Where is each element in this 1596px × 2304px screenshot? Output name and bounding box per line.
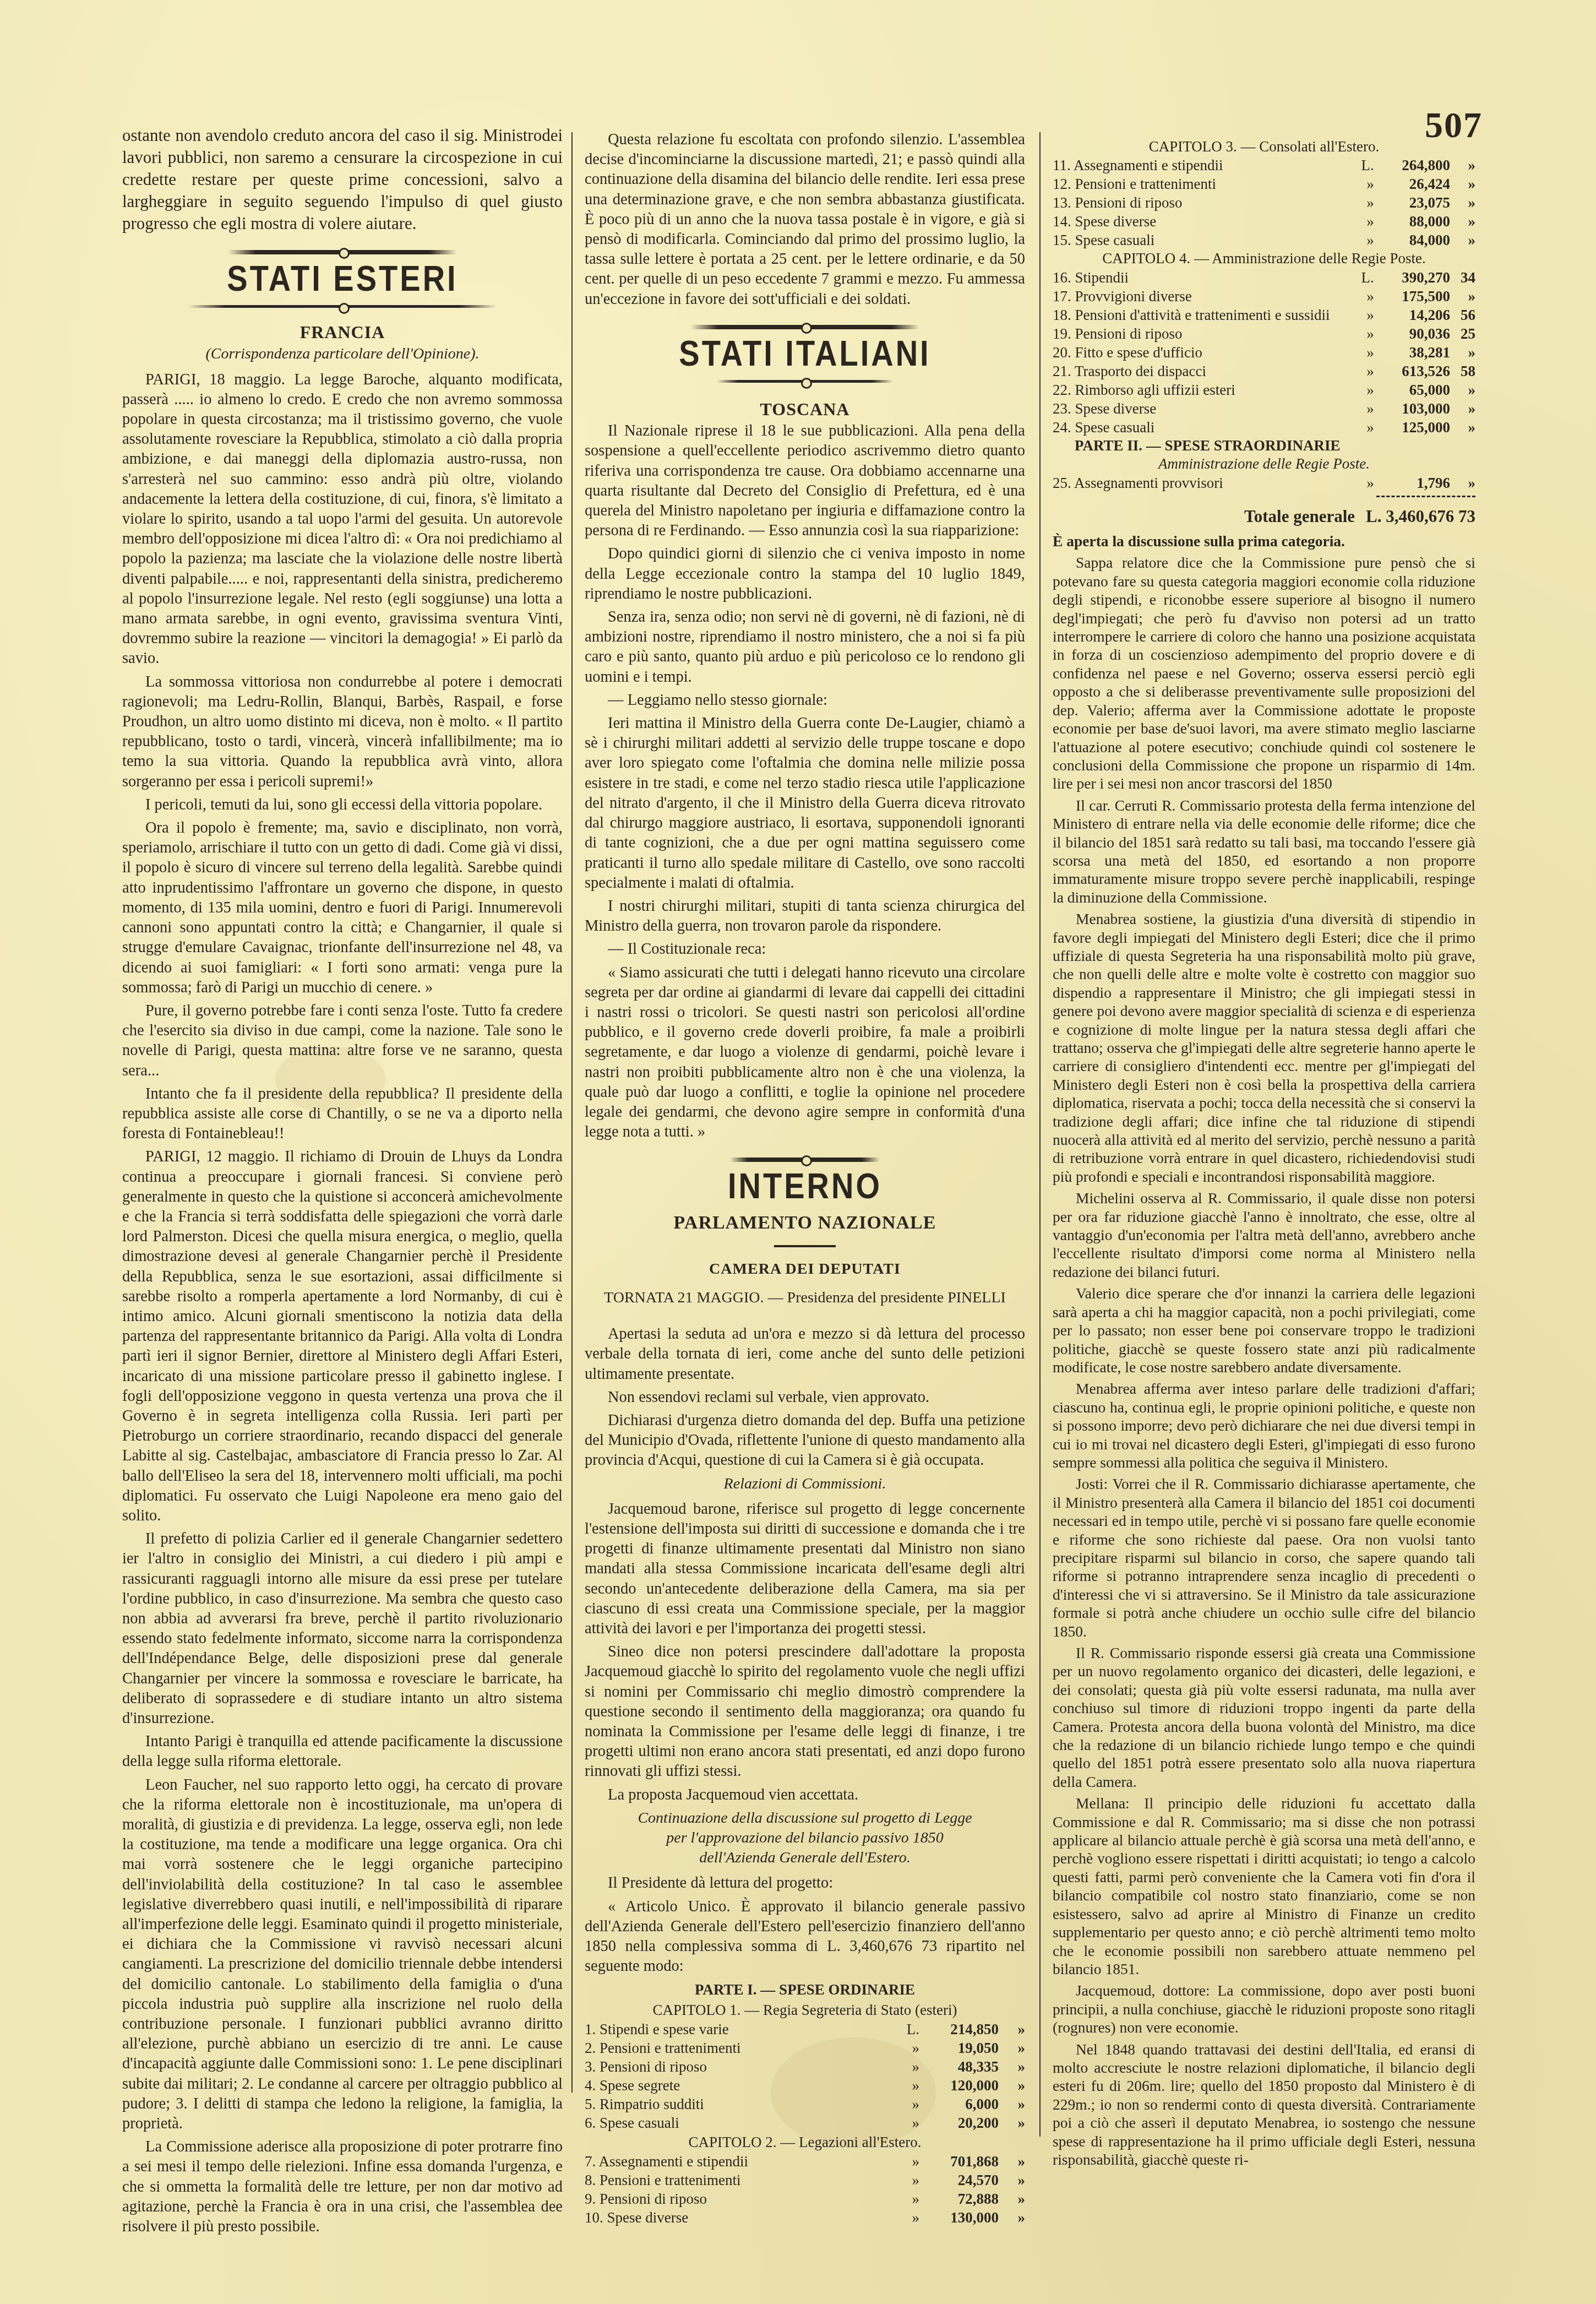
article-paragraph: Dichiarasi d'urgenza dietro domanda del … [585, 1411, 1025, 1471]
country-heading: FRANCIA [122, 322, 563, 342]
article-paragraph: « Articolo Unico. È approvato il bilanci… [585, 1897, 1025, 1977]
budget-cents: » [999, 2171, 1025, 2189]
column-1: ostante non avendolo creduto ancora del … [122, 124, 563, 2240]
budget-item-label: 25. Assegnamenti provvisori [1053, 474, 1349, 492]
budget-item-label: 16. Stipendii [1053, 268, 1349, 287]
budget-item-label: 1. Stipendi e spese varie [585, 2020, 893, 2039]
budget-row: 18. Pensioni d'attività e trattenimenti … [1053, 306, 1475, 324]
budget-currency: » [893, 2208, 919, 2227]
budget-cents: 25 [1450, 324, 1475, 343]
budget-amount: 48,335 [919, 2057, 999, 2076]
budget-amount: 26,424 [1374, 175, 1450, 193]
budget-chapter-heading: CAPITOLO 4. — Amministrazione delle Regi… [1053, 249, 1475, 268]
budget-chapter-heading: CAPITOLO 3. — Consolati all'Estero. [1053, 138, 1475, 156]
article-paragraph: Intanto Parigi è tranquilla ed attende p… [122, 1732, 563, 1772]
budget-row: 5. Rimpatrio sudditi»6,000» [585, 2095, 1025, 2113]
article-paragraph: Valerio dice sperare che d'or innanzi la… [1053, 1284, 1475, 1376]
budget-currency: » [1349, 362, 1374, 381]
budget-part-heading: PARTE II. — SPESE STRAORDINARIE [1053, 437, 1475, 455]
continuation-heading: dell'Azienda Generale dell'Estero. [585, 1848, 1025, 1868]
budget-amount: 65,000 [1374, 381, 1450, 399]
budget-cents: » [999, 2076, 1025, 2095]
budget-currency: » [893, 2171, 919, 2189]
budget-amount: 613,526 [1374, 362, 1450, 381]
continuation-heading: per l'approvazione del bilancio passivo … [585, 1828, 1025, 1848]
budget-amount: 14,206 [1374, 306, 1450, 324]
budget-table-chapter-1: 1. Stipendi e spese varieL.214,850»2. Pe… [585, 2020, 1025, 2132]
budget-row: 21. Trasporto dei dispacci»613,52658 [1053, 362, 1475, 381]
budget-amount: 72,888 [919, 2189, 999, 2208]
budget-item-label: 12. Pensioni e trattenimenti [1053, 175, 1349, 193]
budget-cents: » [999, 2039, 1025, 2057]
budget-currency: » [1349, 381, 1374, 399]
budget-row: 15. Spese casuali»84,000» [1053, 231, 1475, 249]
budget-amount: 88,000 [1374, 212, 1450, 231]
budget-cents: » [1450, 343, 1475, 362]
budget-currency: L. [1349, 156, 1374, 175]
budget-cents: » [1450, 193, 1475, 212]
total-label: Totale generale [1244, 507, 1355, 525]
budget-cents: » [999, 2113, 1025, 2132]
budget-amount: 84,000 [1374, 231, 1450, 249]
budget-amount: 130,000 [919, 2208, 999, 2227]
budget-row: 12. Pensioni e trattenimenti»26,424» [1053, 175, 1475, 193]
budget-row: 14. Spese diverse»88,000» [1053, 212, 1475, 231]
article-paragraph: È aperta la discussione sulla prima cate… [1053, 532, 1475, 550]
budget-amount: 264,800 [1374, 156, 1450, 175]
article-paragraph: La proposta Jacquemoud vien accettata. [585, 1785, 1025, 1805]
budget-currency: » [1349, 306, 1374, 324]
column-rule [571, 132, 573, 2093]
article-paragraph: Jacquemoud, dottore: La commissione, dop… [1053, 1981, 1475, 2036]
budget-row: 19. Pensioni di riposo»90,03625 [1053, 324, 1475, 343]
article-paragraph: Josti: Vorrei che il R. Commissario dich… [1053, 1475, 1475, 1640]
budget-amount: 390,270 [1374, 268, 1450, 287]
continuation-heading: Continuazione della discussione sul prog… [585, 1808, 1025, 1828]
article-paragraph: Sappa relatore dice che la Commissione p… [1053, 553, 1475, 792]
budget-currency: » [893, 2076, 919, 2095]
short-divider [774, 1245, 836, 1247]
budget-row: 24. Spese casuali»125,000» [1053, 418, 1475, 437]
budget-currency: » [1349, 212, 1374, 231]
budget-table-chapter-2: 7. Assegnamenti e stipendii»701,868»8. P… [585, 2152, 1025, 2227]
budget-currency: » [1349, 324, 1374, 343]
section-title: STATI ITALIANI [585, 342, 1025, 365]
budget-currency: » [1349, 193, 1374, 212]
budget-item-label: 13. Pensioni di riposo [1053, 193, 1349, 212]
ornament-divider [717, 380, 893, 383]
budget-item-label: 15. Spese casuali [1053, 231, 1349, 249]
budget-item-label: 20. Fitto e spese d'ufficio [1053, 343, 1349, 362]
article-paragraph: Michelini osserva al R. Commissario, il … [1053, 1189, 1475, 1281]
grand-total: Totale generale L. 3,460,676 73 [1053, 507, 1475, 525]
budget-row: 22. Rimborso agli uffizii esteri»65,000» [1053, 381, 1475, 399]
article-paragraph: La sommossa vittoriosa non condurrebbe a… [122, 672, 563, 792]
budget-amount: 1,796 [1374, 474, 1450, 492]
budget-currency: » [1349, 287, 1374, 306]
budget-cents: » [999, 2057, 1025, 2076]
ornament-divider [730, 1158, 880, 1162]
budget-item-label: 19. Pensioni di riposo [1053, 324, 1349, 343]
budget-item-label: 11. Assegnamenti e stipendii [1053, 156, 1349, 175]
budget-currency: » [1349, 343, 1374, 362]
region-heading: TOSCANA [585, 399, 1025, 419]
article-paragraph: Il R. Commissario risponde essersi già c… [1053, 1644, 1475, 1791]
budget-row: 8. Pensioni e trattenimenti»24,570» [585, 2171, 1025, 2189]
budget-currency: » [1349, 175, 1374, 193]
article-paragraph: — Il Costituzionale reca: [585, 939, 1025, 959]
budget-cents: » [1450, 231, 1475, 249]
budget-item-label: 17. Provvigioni diverse [1053, 287, 1349, 306]
budget-amount: 701,868 [919, 2152, 999, 2171]
budget-cents: » [999, 2208, 1025, 2227]
budget-currency: » [1349, 399, 1374, 418]
budget-cents: » [1450, 287, 1475, 306]
budget-item-label: 5. Rimpatrio sudditi [585, 2095, 893, 2113]
budget-amount: 24,570 [919, 2171, 999, 2189]
budget-row: 4. Spese segrete»120,000» [585, 2076, 1025, 2095]
budget-amount: 120,000 [919, 2076, 999, 2095]
budget-cents: » [1450, 156, 1475, 175]
article-paragraph: Menabrea afferma aver inteso parlare del… [1053, 1379, 1475, 1471]
budget-row: 17. Provvigioni diverse»175,500» [1053, 287, 1475, 306]
budget-currency: » [893, 2189, 919, 2208]
budget-item-label: 10. Spese diverse [585, 2208, 893, 2227]
subsection-heading: Relazioni di Commissioni. [585, 1474, 1025, 1494]
article-paragraph: Il car. Cerruti R. Commissario protesta … [1053, 796, 1475, 906]
article-paragraph: Il Nazionale riprese il 18 le sue pubbli… [585, 421, 1025, 541]
budget-item-label: 6. Spese casuali [585, 2113, 893, 2132]
article-paragraph: Jacquemoud barone, riferisce sul progett… [585, 1499, 1025, 1639]
budget-item-label: 14. Spese diverse [1053, 212, 1349, 231]
budget-row: 11. Assegnamenti e stipendiiL.264,800» [1053, 156, 1475, 175]
budget-amount: 103,000 [1374, 399, 1450, 418]
budget-amount: 23,075 [1374, 193, 1450, 212]
budget-item-label: 21. Trasporto dei dispacci [1053, 362, 1349, 381]
article-paragraph: Dopo quindici giorni di silenzio che ci … [585, 544, 1025, 604]
budget-currency: L. [1349, 268, 1374, 287]
budget-cents: » [1450, 175, 1475, 193]
newspaper-page: 507 ostante non avendolo creduto ancora … [0, 0, 1596, 2304]
budget-item-label: 7. Assegnamenti e stipendii [585, 2152, 893, 2171]
article-paragraph: La Commissione aderisce alla proposizion… [122, 2137, 563, 2237]
budget-cents: 34 [1450, 268, 1475, 287]
budget-currency: L. [893, 2020, 919, 2039]
budget-chapter-heading: Amministrazione delle Regie Poste. [1053, 455, 1475, 473]
budget-item-label: 24. Spese casuali [1053, 418, 1349, 437]
budget-amount: 6,000 [919, 2095, 999, 2113]
correspondence-note: (Corrispondenza particolare dell'Opinion… [122, 344, 563, 364]
budget-cents: » [1450, 212, 1475, 231]
column-rule [1039, 132, 1041, 2137]
budget-item-label: 8. Pensioni e trattenimenti [585, 2171, 893, 2189]
section-title: INTERNO [585, 1175, 1025, 1198]
budget-cents: » [1450, 418, 1475, 437]
budget-currency: » [1349, 474, 1374, 492]
article-paragraph: Pure, il governo potrebbe fare i conti s… [122, 1001, 563, 1081]
article-paragraph: — Leggiamo nello stesso giornale: [585, 691, 1025, 710]
article-paragraph: Leon Faucher, nel suo rapporto letto ogg… [122, 1775, 563, 2134]
article-paragraph: I pericoli, temuti da lui, sono gli ecce… [122, 795, 563, 815]
article-paragraph: Senza ira, senza odio; non servi nè di g… [585, 607, 1025, 687]
budget-item-label: 18. Pensioni d'attività e trattenimenti … [1053, 306, 1349, 324]
budget-cents: » [999, 2020, 1025, 2039]
budget-row: 20. Fitto e spese d'ufficio»38,281» [1053, 343, 1475, 362]
article-paragraph: I nostri chirurghi militari, stupiti di … [585, 896, 1025, 936]
budget-amount: 175,500 [1374, 287, 1450, 306]
article-paragraph: Non essendovi reclami sul verbale, vien … [585, 1388, 1025, 1408]
budget-item-label: 9. Pensioni di riposo [585, 2189, 893, 2208]
budget-currency: » [893, 2039, 919, 2057]
budget-currency: » [893, 2095, 919, 2113]
budget-amount: 19,050 [919, 2039, 999, 2057]
budget-cents: » [1450, 381, 1475, 399]
column-2: Questa relazione fu escoltata con profon… [585, 130, 1025, 2227]
article-paragraph: Apertasi la seduta ad un'ora e mezzo si … [585, 1324, 1025, 1384]
budget-row: 9. Pensioni di riposo»72,888» [585, 2189, 1025, 2208]
article-paragraph: PARIGI, 18 maggio. La legge Baroche, alq… [122, 370, 563, 669]
budget-currency: » [1349, 231, 1374, 249]
budget-table-chapter-3: 11. Assegnamenti e stipendiiL.264,800»12… [1053, 156, 1475, 249]
budget-part-heading: PARTE I. — SPESE ORDINARIE [585, 1980, 1025, 1999]
budget-row: 7. Assegnamenti e stipendii»701,868» [585, 2152, 1025, 2171]
budget-cents: 56 [1450, 306, 1475, 324]
budget-row: 25. Assegnamenti provvisori»1,796» [1053, 474, 1475, 492]
article-paragraph: Il prefetto di polizia Carlier ed il gen… [122, 1529, 563, 1729]
budget-item-label: 23. Spese diverse [1053, 399, 1349, 418]
article-paragraph: « Siamo assicurati che tutti i delegati … [585, 963, 1025, 1143]
budget-amount: 38,281 [1374, 343, 1450, 362]
article-paragraph: Ieri mattina il Ministro della Guerra co… [585, 714, 1025, 893]
budget-chapter-heading: CAPITOLO 1. — Regia Segreteria di Stato … [585, 2000, 1025, 2020]
ornament-divider [690, 325, 919, 329]
budget-row: 3. Pensioni di riposo»48,335» [585, 2057, 1025, 2076]
parliament-heading: PARLAMENTO NAZIONALE [585, 1213, 1025, 1233]
budget-row: 6. Spese casuali»20,200» [585, 2113, 1025, 2132]
budget-currency: » [893, 2152, 919, 2171]
budget-table-chapter-4: 16. StipendiiL.390,2703417. Provvigioni … [1053, 268, 1475, 437]
budget-currency: » [893, 2057, 919, 2076]
budget-currency: » [893, 2113, 919, 2132]
budget-row: 13. Pensioni di riposo»23,075» [1053, 193, 1475, 212]
budget-amount: 90,036 [1374, 324, 1450, 343]
budget-amount: 20,200 [919, 2113, 999, 2132]
article-paragraph: Sineo dice non potersi prescindere dall'… [585, 1642, 1025, 1781]
budget-cents: » [999, 2152, 1025, 2171]
ornament-divider [228, 250, 457, 254]
budget-row: 16. StipendiiL.390,27034 [1053, 268, 1475, 287]
intro-paragraph: Questa relazione fu escoltata con profon… [585, 130, 1025, 309]
intro-paragraph: ostante non avendolo creduto ancora del … [122, 124, 563, 235]
budget-chapter-heading: CAPITOLO 2. — Legazioni all'Estero. [585, 2132, 1025, 2152]
budget-item-label: 3. Pensioni di riposo [585, 2057, 893, 2076]
article-paragraph: Mellana: Il principio delle riduzioni fu… [1053, 1794, 1475, 1978]
article-paragraph: Menabrea sostiene, la giustizia d'una di… [1053, 910, 1475, 1186]
budget-item-label: 2. Pensioni e trattenimenti [585, 2039, 893, 2057]
total-value: L. 3,460,676 73 [1366, 507, 1475, 525]
budget-item-label: 22. Rimborso agli uffizii esteri [1053, 381, 1349, 399]
article-paragraph: Nel 1848 quando trattavasi dei destini d… [1053, 2040, 1475, 2169]
budget-currency: » [1349, 418, 1374, 437]
chamber-heading: CAMERA DEI DEPUTATI [585, 1259, 1025, 1279]
budget-cents: » [999, 2189, 1025, 2208]
budget-amount: 214,850 [919, 2020, 999, 2039]
budget-row: 23. Spese diverse»103,000» [1053, 399, 1475, 418]
article-paragraph: Intanto che fa il presidente della repub… [122, 1084, 563, 1144]
budget-row: 10. Spese diverse»130,000» [585, 2208, 1025, 2227]
budget-item-label: 4. Spese segrete [585, 2076, 893, 2095]
session-line: TORNATA 21 MAGGIO. — Presidenza del pres… [585, 1288, 1025, 1308]
budget-cents: » [1450, 399, 1475, 418]
total-rule [1376, 496, 1475, 497]
article-paragraph: Ora il popolo è fremente; ma, savio e di… [122, 818, 563, 998]
column-3: CAPITOLO 3. — Consolati all'Estero. 11. … [1053, 138, 1475, 2172]
article-paragraph: PARIGI, 12 maggio. Il richiamo di Drouin… [122, 1147, 563, 1526]
budget-table-part-2: 25. Assegnamenti provvisori»1,796» [1053, 474, 1475, 492]
article-paragraph: Il Presidente dà lettura del progetto: [585, 1873, 1025, 1893]
budget-amount: 125,000 [1374, 418, 1450, 437]
ornament-divider [188, 305, 497, 308]
budget-cents: » [999, 2095, 1025, 2113]
section-title: STATI ESTERI [122, 267, 563, 290]
budget-cents: » [1450, 474, 1475, 492]
budget-cents: 58 [1450, 362, 1475, 381]
budget-row: 1. Stipendi e spese varieL.214,850» [585, 2020, 1025, 2039]
budget-row: 2. Pensioni e trattenimenti»19,050» [585, 2039, 1025, 2057]
